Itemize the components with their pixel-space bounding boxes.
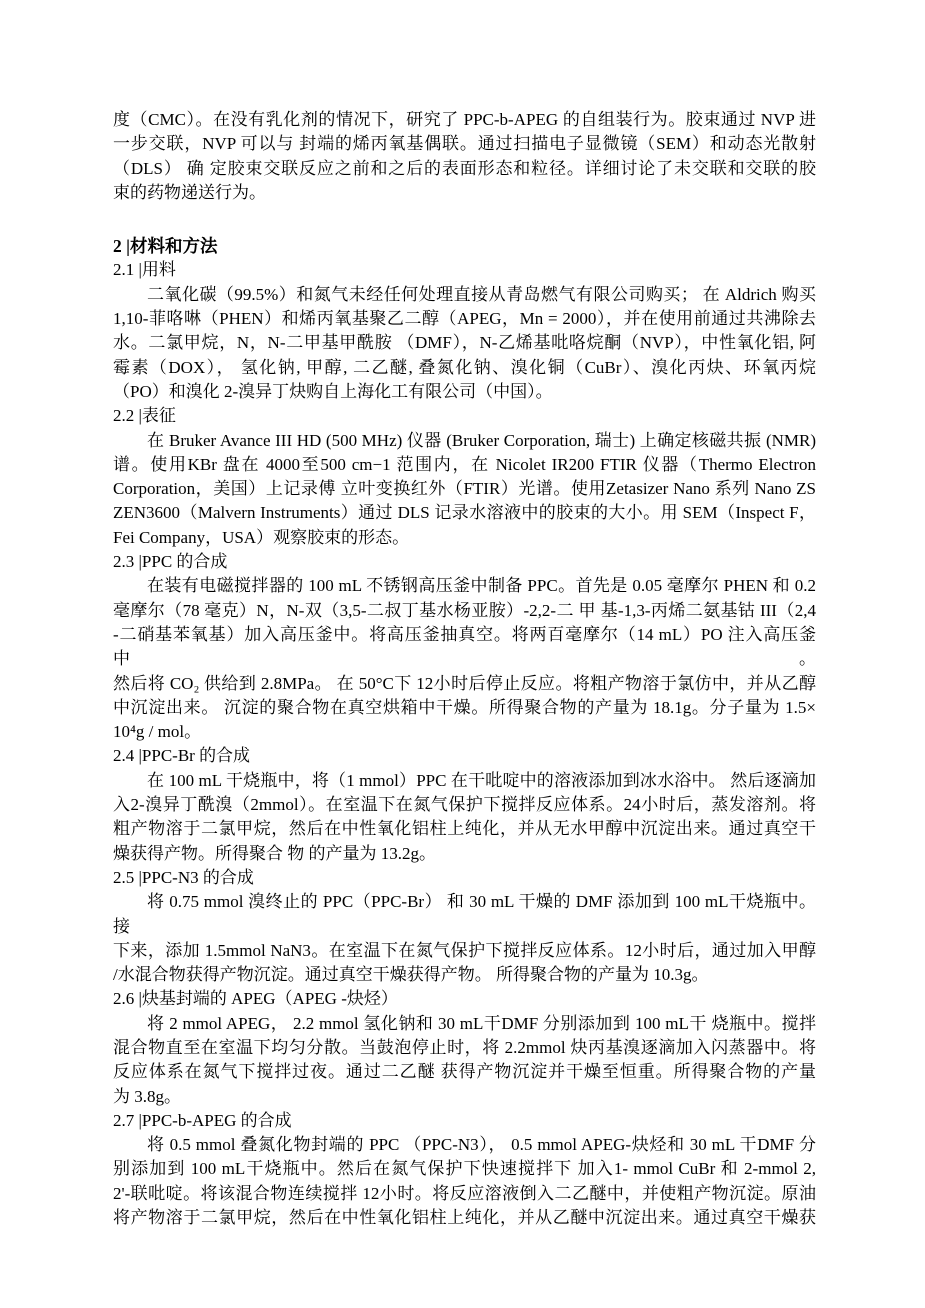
paragraph: 二氧化碳（99.5%）和氮气未经任何处理直接从青岛燃气有限公司购买； 在 Ald… [113, 283, 816, 404]
text-line: （PO）和溴化 2-溴异丁炔购自上海化工有限公司（中国）。 [113, 380, 816, 404]
text-line: 水。二氯甲烷，N，N-二甲基甲酰胺 （DMF），N-乙烯基吡咯烷酮（NVP），中… [113, 331, 816, 355]
text-line: 中沉淀出来。 沉淀的聚合物在真空烘箱中干燥。所得聚合物的产量为 18.1g。分子… [113, 696, 816, 720]
text-line: 下来，添加 1.5mmol NaN3。在室温下在氮气保护下搅拌反应体系。12小时… [113, 939, 816, 963]
paragraph: 将 0.75 mmol 溴终止的 PPC（PPC-Br） 和 30 mL 干燥的… [113, 890, 816, 987]
text-line: 为 3.8g。 [113, 1085, 816, 1109]
paragraph: 将 2 mmol APEG， 2.2 mmol 氢化钠和 30 mL干DMF 分… [113, 1012, 816, 1109]
text-line: （DLS） 确 定胶束交联反应之前和之后的表面形态和粒径。详细讨论了未交联和交联… [113, 157, 816, 181]
paragraph: 将 0.5 mmol 叠氮化物封端的 PPC （PPC-N3）， 0.5 mmo… [113, 1133, 816, 1230]
text-line: 反应体系在氮气下搅拌过夜。通过二乙醚 获得产物沉淀并干燥至恒重。所得聚合物的产量 [113, 1060, 816, 1084]
text-line: 在 100 mL 干烧瓶中，将（1 mmol）PPC 在干吡啶中的溶液添加到冰水… [113, 769, 816, 793]
text-line: 二氧化碳（99.5%）和氮气未经任何处理直接从青岛燃气有限公司购买； 在 Ald… [113, 283, 816, 307]
text-line: 燥获得产物。所得聚合 物 的产量为 13.2g。 [113, 842, 816, 866]
text-line: -二硝基苯氧基）加入高压釜中。将高压釜抽真空。将两百毫摩尔（14 mL）PO 注… [113, 623, 816, 672]
text-line: 粗产物溶于二氯甲烷，然后在中性氧化铝柱上纯化，并从无水甲醇中沉淀出来。通过真空干 [113, 817, 816, 841]
section-heading: 2.2 |表征 [113, 404, 816, 428]
section-heading: 2.5 |PPC-N3 的合成 [113, 866, 816, 890]
text-line: 入2-溴异丁酰溴（2mmol）。在室温下在氮气保护下搅拌反应体系。24小时后，蒸… [113, 793, 816, 817]
text-line: 10⁴g / mol。 [113, 720, 816, 744]
text-line: 混合物直至在室温下均匀分散。当鼓泡停止时，将 2.2mmol 炔丙基溴逐滴加入闪… [113, 1036, 816, 1060]
section-heading: 2.3 |PPC 的合成 [113, 550, 816, 574]
text-line: 毫摩尔（78 毫克）N，N-双（3,5-二叔丁基水杨亚胺）-2,2-二 甲 基-… [113, 599, 816, 623]
text-line: 1,10-菲咯啉（PHEN）和烯丙氧基聚乙二醇（APEG，Mn = 2000），… [113, 307, 816, 331]
paragraph: 在 100 mL 干烧瓶中，将（1 mmol）PPC 在干吡啶中的溶液添加到冰水… [113, 769, 816, 866]
text-line: 一步交联，NVP 可以与 封端的烯丙氧基偶联。通过扫描电子显微镜（SEM）和动态… [113, 132, 816, 156]
text-line: 霉素（DOX）， 氢化钠, 甲醇, 二乙醚, 叠氮化钠、溴化铜（CuBr）、溴化… [113, 356, 816, 380]
text-line: 别添加到 100 mL干烧瓶中。然后在氮气保护下快速搅拌下 加入1- mmol … [113, 1157, 816, 1181]
text-line: 2'-联吡啶。将该混合物连续搅拌 12小时。将反应溶液倒入二乙醚中，并使粗产物沉… [113, 1182, 816, 1206]
text-line: 将产物溶于二氯甲烷，然后在中性氧化铝柱上纯化，并从乙醚中沉淀出来。通过真空干燥获 [113, 1206, 816, 1230]
section-heading: 2.4 |PPC-Br 的合成 [113, 744, 816, 768]
paragraph: 度（CMC）。在没有乳化剂的情况下，研究了 PPC-b-APEG 的自组装行为。… [113, 108, 816, 205]
text-line: ZEN3600（Malvern Instruments）通过 DLS 记录水溶液… [113, 501, 816, 525]
text-line: 谱。使用KBr 盘在 4000至500 cm−1 范围内，在 Nicolet I… [113, 453, 816, 477]
section-heading: 2.1 |用料 [113, 258, 816, 282]
text-line: 在 Bruker Avance III HD (500 MHz) 仪器 (Bru… [113, 429, 816, 453]
text-line: 将 2 mmol APEG， 2.2 mmol 氢化钠和 30 mL干DMF 分… [113, 1012, 816, 1036]
text-line: Fei Company，USA）观察胶束的形态。 [113, 526, 816, 550]
document-body: 度（CMC）。在没有乳化剂的情况下，研究了 PPC-b-APEG 的自组装行为。… [113, 108, 816, 1230]
text-line: 然后将 CO₂ 供给到 2.8MPa。 在 50°C下 12小时后停止反应。将粗… [113, 672, 816, 696]
section-heading: 2.6 |炔基封端的 APEG（APEG -炔烃） [113, 987, 816, 1011]
text-line: /水混合物获得产物沉淀。通过真空干燥获得产物。 所得聚合物的产量为 10.3g。 [113, 963, 816, 987]
section-heading: 2.7 |PPC-b-APEG 的合成 [113, 1109, 816, 1133]
paragraph: 在装有电磁搅拌器的 100 mL 不锈钢高压釜中制备 PPC。首先是 0.05 … [113, 574, 816, 744]
text-line: 束的药物递送行为。 [113, 181, 816, 205]
text-line: 将 0.75 mmol 溴终止的 PPC（PPC-Br） 和 30 mL 干燥的… [113, 890, 816, 939]
section-heading: 2 |材料和方法 [113, 234, 816, 258]
text-line: Corporation，美国）上记录傅 立叶变换红外（FTIR）光谱。使用Zet… [113, 477, 816, 501]
text-line: 将 0.5 mmol 叠氮化物封端的 PPC （PPC-N3）， 0.5 mmo… [113, 1133, 816, 1157]
text-line: 度（CMC）。在没有乳化剂的情况下，研究了 PPC-b-APEG 的自组装行为。… [113, 108, 816, 132]
paragraph: 在 Bruker Avance III HD (500 MHz) 仪器 (Bru… [113, 429, 816, 550]
document-page: { "page": { "background": "#ffffff", "te… [0, 0, 925, 1308]
text-line: 在装有电磁搅拌器的 100 mL 不锈钢高压釜中制备 PPC。首先是 0.05 … [113, 574, 816, 598]
